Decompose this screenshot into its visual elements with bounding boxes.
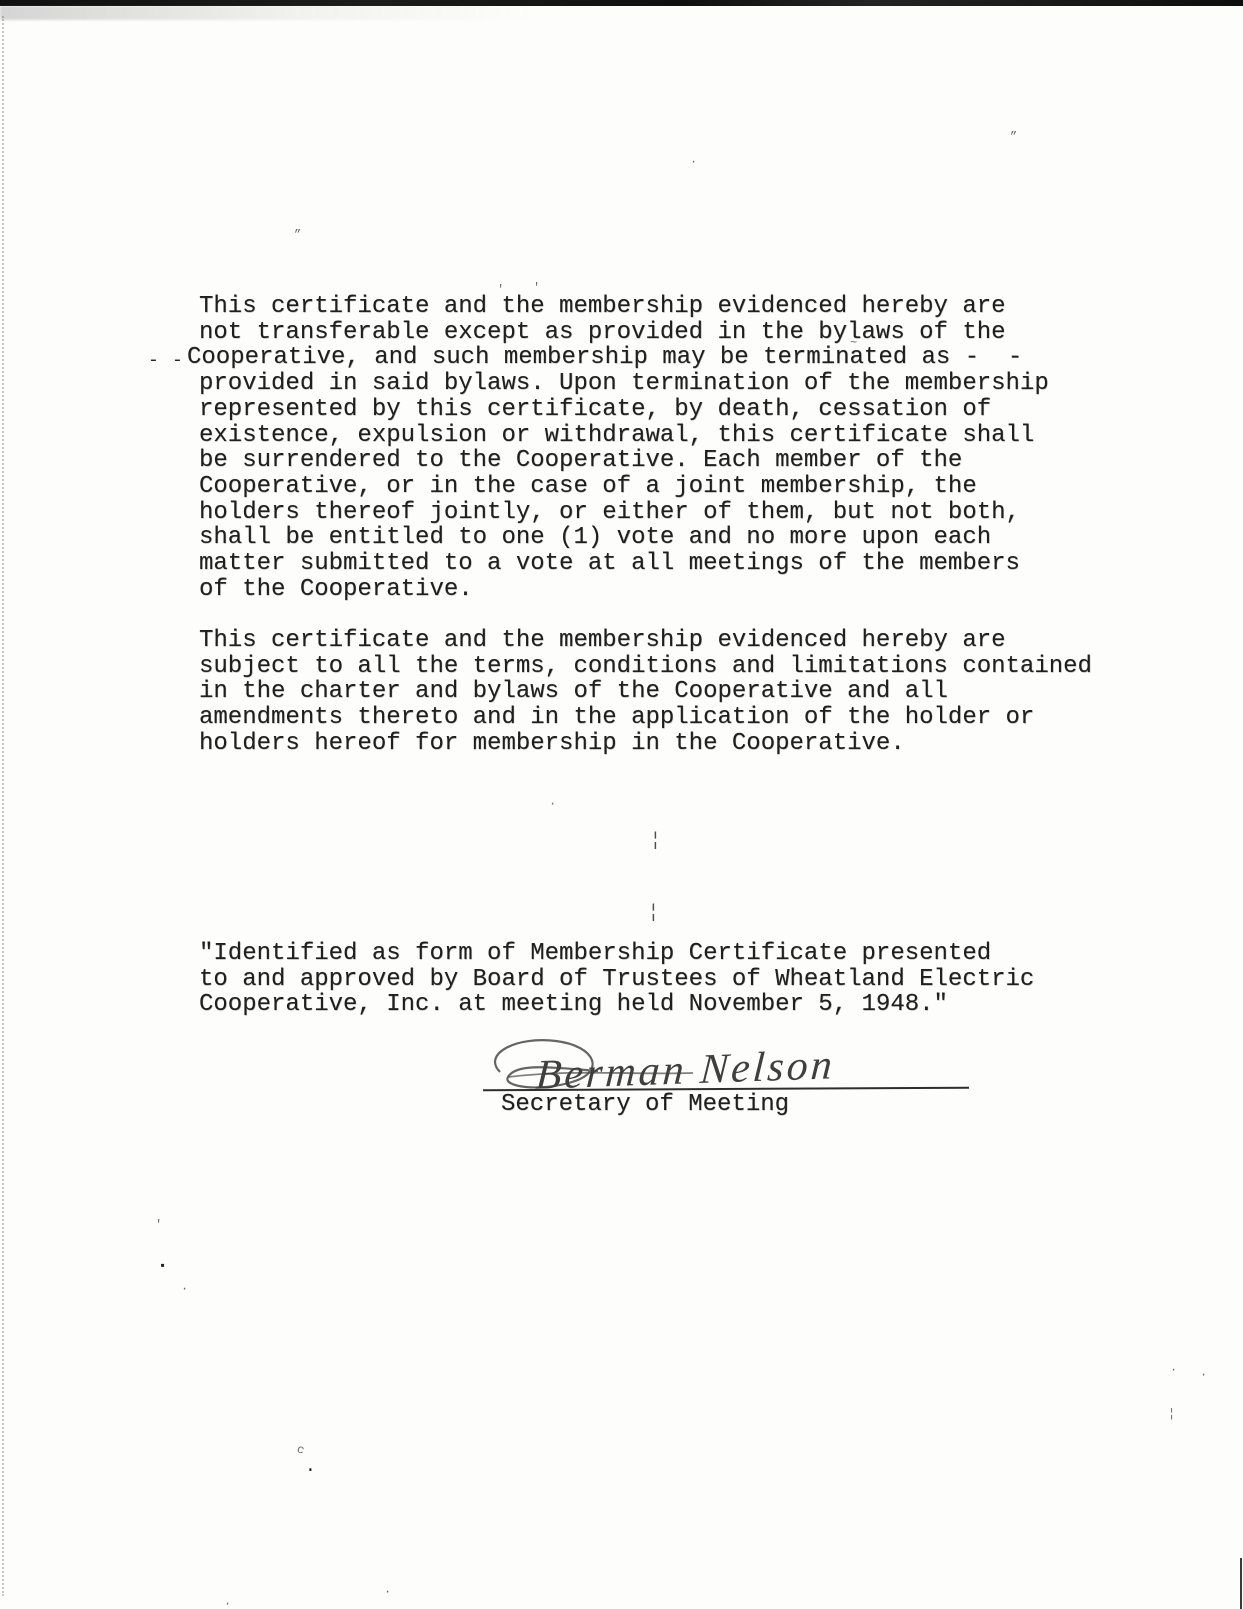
text-line: be surrendered to the Cooperative. Each … <box>199 448 1049 474</box>
paragraph-terms-conditions: This certificate and the membership evid… <box>199 628 1092 757</box>
scan-artifact-speck: · <box>305 1462 316 1480</box>
text-line: of the Cooperative. <box>199 577 1049 603</box>
scan-artifact-dot: · <box>549 798 556 810</box>
scan-artifact-dot: · <box>181 1283 188 1295</box>
scan-artifact-dot: · <box>1170 1364 1177 1376</box>
text-line: provided in said bylaws. Upon terminatio… <box>199 371 1049 397</box>
text-line: This certificate and the membership evid… <box>199 628 1092 654</box>
scan-artifact-tick: ¦ <box>1168 1408 1175 1420</box>
text-line: in the charter and bylaws of the Coopera… <box>199 679 1092 705</box>
text-line: to and approved by Board of Trustees of … <box>199 967 1034 993</box>
scan-artifact-dot: · <box>384 1586 391 1598</box>
text-line: represented by this certificate, by deat… <box>199 397 1049 423</box>
scan-smudge <box>0 6 560 20</box>
scan-artifact-dot: · <box>1200 1369 1207 1381</box>
scan-artifact-dash: - <box>148 352 159 370</box>
scan-artifact-dot: · <box>224 1598 231 1609</box>
scan-artifact-dot: · <box>690 156 697 168</box>
text-line: Cooperative, Inc. at meeting held Novemb… <box>199 992 1034 1018</box>
scan-artifact-tick: ' <box>155 1219 162 1231</box>
scan-artifact-tick: ' <box>497 284 504 296</box>
scan-left-edge-line <box>2 16 4 1596</box>
text-line: This certificate and the membership evid… <box>199 294 1049 320</box>
scan-artifact-tick: ¦ <box>648 904 659 922</box>
scan-artifact-curve: c <box>295 1443 306 1457</box>
scan-artifact-tick: ” <box>294 229 301 241</box>
scan-artifact-speck: ▪ <box>159 1260 166 1272</box>
scan-artifact-tick: ' <box>533 282 540 294</box>
scan-artifact-tilde: ~ <box>850 337 857 349</box>
text-line: shall be entitled to one (1) vote and no… <box>199 525 1049 551</box>
scan-artifact-tick: ” <box>1010 131 1017 143</box>
scan-right-edge-mark <box>1240 1558 1242 1609</box>
scan-artifact-dash: - <box>172 352 183 370</box>
text-line: Cooperative, and such membership may be … <box>187 345 1049 371</box>
scanned-document-page: This certificate and the membership evid… <box>0 0 1243 1609</box>
text-line: not transferable except as provided in t… <box>199 320 1049 346</box>
text-line: Cooperative, or in the case of a joint m… <box>199 474 1049 500</box>
scan-artifact-tick: ¦ <box>650 832 661 850</box>
text-line: amendments thereto and in the applicatio… <box>199 705 1092 731</box>
text-line: holders hereof for membership in the Coo… <box>199 731 1092 757</box>
attestation-statement: "Identified as form of Membership Certif… <box>199 941 1034 1018</box>
signature-title: Secretary of Meeting <box>501 1092 789 1118</box>
text-line: subject to all the terms, conditions and… <box>199 654 1092 680</box>
text-line: matter submitted to a vote at all meetin… <box>199 551 1049 577</box>
text-line: "Identified as form of Membership Certif… <box>199 941 1034 967</box>
paragraph-transferability: This certificate and the membership evid… <box>199 294 1049 602</box>
signature-line <box>483 1071 969 1092</box>
text-line: holders thereof jointly, or either of th… <box>199 500 1049 526</box>
text-line: existence, expulsion or withdrawal, this… <box>199 423 1049 449</box>
